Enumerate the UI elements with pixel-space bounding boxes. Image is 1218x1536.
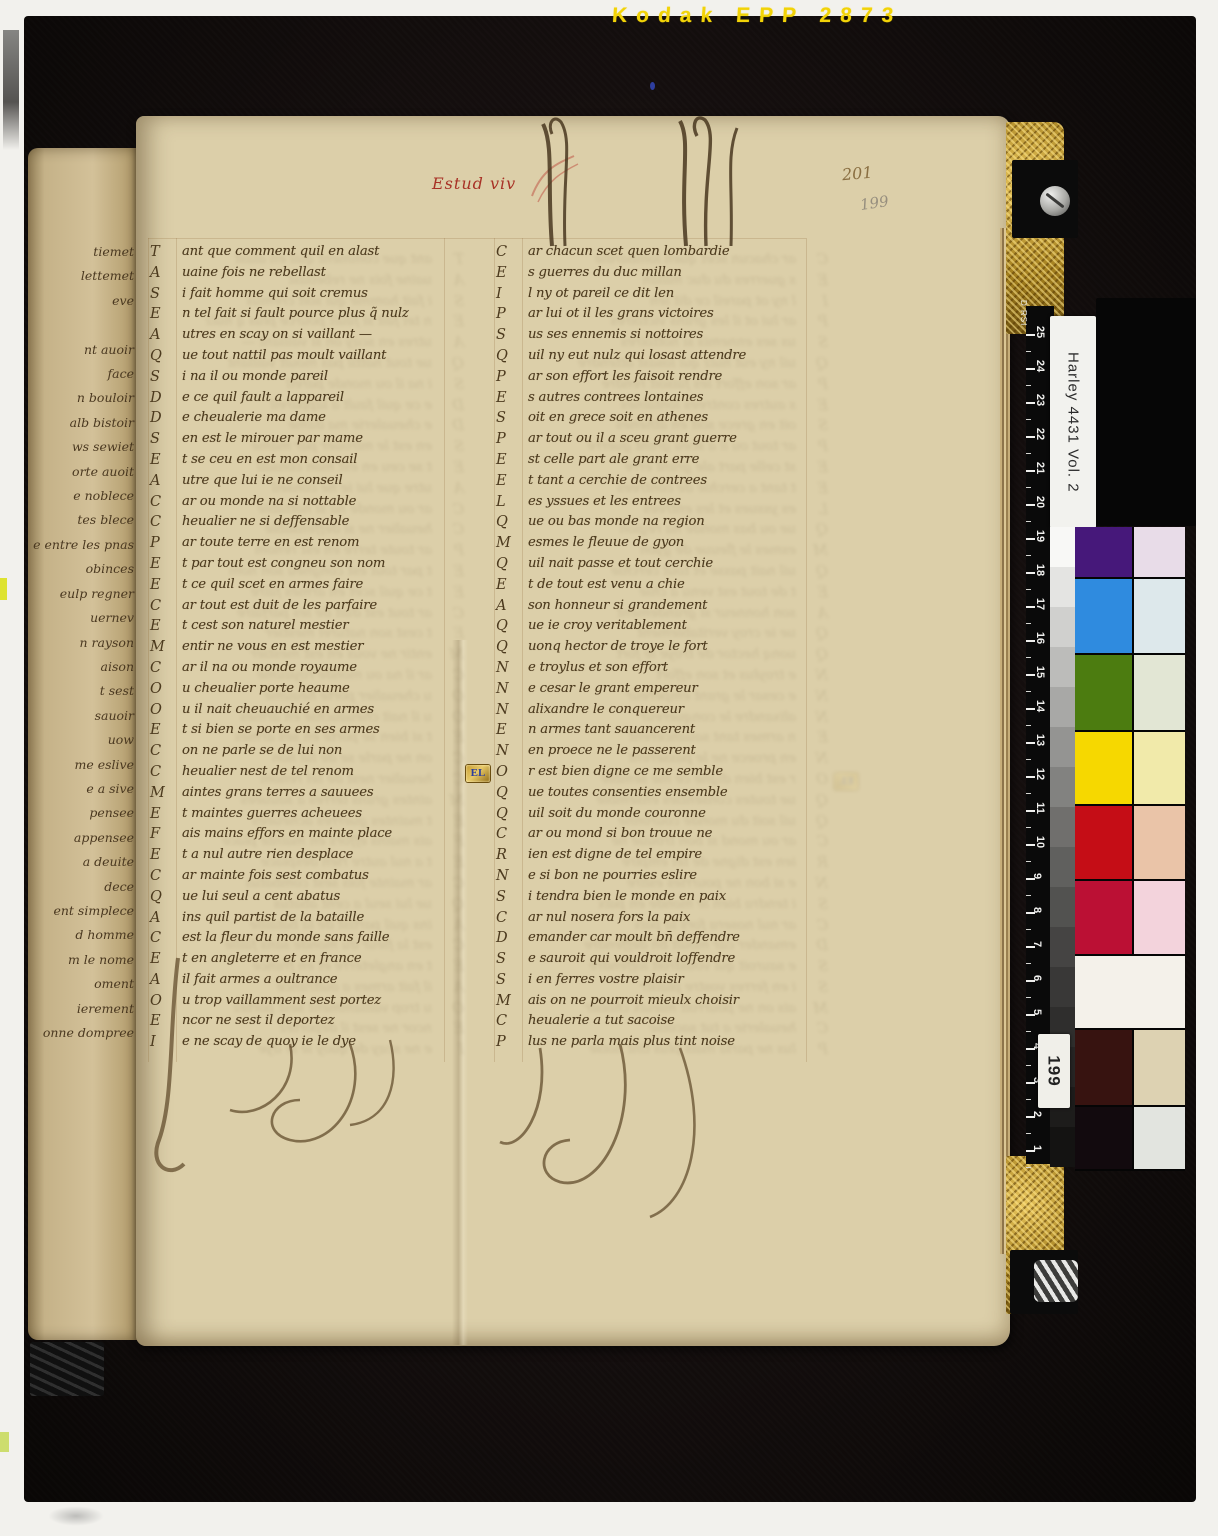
verse-line: Et tant a cerchie de contrees: [496, 473, 812, 494]
verse-initial: Q: [496, 806, 528, 827]
verse-text: us ses ennemis si nottoires: [528, 327, 703, 348]
verse-line: Car ou monde na si nottable: [150, 494, 448, 515]
verse-initial: N: [496, 660, 528, 681]
verse-line: Par tout ou il a sceu grant guerre: [496, 431, 812, 452]
verse-initial: S: [496, 889, 528, 910]
fragment-line: e noblece: [28, 484, 134, 508]
verse-text: t tant a cerchie de contrees: [528, 473, 707, 494]
color-patch-red: [1075, 806, 1132, 879]
verse-initial: E: [496, 452, 528, 473]
verse-line: Par son effort les faisoit rendre: [496, 369, 812, 390]
verse-initial: S: [150, 369, 182, 390]
fragment-line: tes blece: [28, 508, 134, 532]
clip-screw: [1040, 186, 1070, 216]
verse-initial: Q: [150, 889, 182, 910]
verse-line: Es guerres du duc millan: [496, 265, 812, 286]
verse-initial: C: [150, 660, 182, 681]
verse-line: Car tout est duit de les parfaire: [150, 598, 448, 619]
verse-line: Sen est le mirouer par mame: [150, 431, 448, 452]
verse-initial: O: [496, 764, 528, 785]
gray-step: [1050, 687, 1075, 727]
ruling-line: [148, 238, 149, 1062]
verse-text: uonq hector de troye le fort: [528, 639, 707, 660]
verse-line: Quonq hector de troye le fort: [496, 639, 812, 660]
verse-text: esmes le fleuue de gyon: [528, 535, 684, 556]
fragment-line: oment: [28, 972, 134, 996]
fragment-line: ws sewiet: [28, 435, 134, 459]
fragment-line: t sest: [28, 679, 134, 703]
gray-step: [1050, 727, 1075, 767]
ruler-number: 7: [1031, 941, 1043, 947]
verse-text: e cheualerie ma dame: [182, 410, 326, 431]
verse-text: ue lui seul a cent abatus: [182, 889, 340, 910]
verse-text: e troylus et son effort: [528, 660, 668, 681]
verse-line: Sus ses ennemis si nottoires: [496, 327, 812, 348]
color-patch-green: [1075, 655, 1132, 730]
verse-text: e sauroit qui vouldroit loffendre: [528, 951, 735, 972]
verse-line: Si fait homme qui soit cremus: [150, 286, 448, 307]
verse-line: Or est bien digne ce me sembleEL: [496, 764, 812, 785]
color-calibration-bar: [1075, 527, 1185, 1171]
verse-line: Si na il ou monde pareil: [150, 369, 448, 390]
fragment-line: uernev: [28, 606, 134, 630]
border-smudge: [48, 1506, 104, 1526]
verse-line: Car ou mond si bon trouue ne: [496, 826, 812, 847]
verse-line: Et se ceu en est mon consail: [150, 452, 448, 473]
verse-text: e cesar le grant empereur: [528, 681, 698, 702]
verse-initial: N: [496, 743, 528, 764]
verse-initial: E: [496, 390, 528, 411]
verse-text: ue tout nattil pas moult vaillant: [182, 348, 386, 369]
verse-line: Et de tout est venu a chie: [496, 577, 812, 598]
gray-step: [1050, 607, 1075, 647]
black-flag: [1096, 298, 1196, 526]
folio-number-ink: 201: [841, 163, 873, 185]
verse-line: Soit en grece soit en athenes: [496, 410, 812, 431]
folio-tab-label: 199: [1038, 1034, 1070, 1108]
verse-initial: E: [150, 306, 182, 327]
gray-step: [1050, 527, 1075, 567]
gray-step: [1050, 807, 1075, 847]
ruler-number: 25: [1034, 326, 1046, 338]
penwork-flourish-left: [138, 948, 468, 1193]
verse-initial: R: [496, 847, 528, 868]
color-patch-white: [1075, 956, 1185, 1028]
verse-initial: I: [496, 286, 528, 307]
verse-initial: S: [150, 286, 182, 307]
verse-line: Par lui ot il les grans victoires: [496, 306, 812, 327]
ruler-number: 1: [1031, 1145, 1043, 1151]
verse-initial: Q: [496, 514, 528, 535]
verse-line: Car mainte fois sest combatus: [150, 868, 448, 889]
verse-initial: N: [496, 702, 528, 723]
patch-row-brown: [1075, 1030, 1185, 1105]
verse-text: t par tout est congneu son nom: [182, 556, 385, 577]
verse-initial: P: [150, 535, 182, 556]
verse-text: e si bon ne pourries eslire: [528, 868, 697, 889]
gray-step: [1050, 767, 1075, 807]
verse-line: Fais mains effors en mainte place: [150, 826, 448, 847]
book-clip-bottom-left: [30, 1342, 104, 1396]
verse-text: u il nait cheuauchié en armes: [182, 702, 374, 723]
verse-text: s autres contrees lontaines: [528, 390, 703, 411]
verse-initial: S: [496, 327, 528, 348]
verse-initial: Q: [496, 639, 528, 660]
text-column-right: Car chacun scet quen lombardieEs guerres…: [496, 244, 812, 1055]
fragment-line: appensee: [28, 826, 134, 850]
verse-text: oit en grece soit en athenes: [528, 410, 708, 431]
verse-text: ins quil partist de la bataille: [182, 910, 364, 931]
verse-text: ar chacun scet quen lombardie: [528, 244, 729, 265]
verse-line: De cheualerie ma dame: [150, 410, 448, 431]
verse-initial: N: [496, 681, 528, 702]
fragment-line: lettemet: [28, 264, 134, 288]
fragment-line: n bouloir: [28, 386, 134, 410]
fragment-line: dece: [28, 875, 134, 899]
verse-text: entir ne vous en est mestier: [182, 639, 363, 660]
color-patch-brown-pale: [1134, 1030, 1185, 1105]
verse-initial: E: [150, 722, 182, 743]
verse-initial: E: [496, 473, 528, 494]
verse-line: Que tout nattil pas moult vaillant: [150, 348, 448, 369]
verse-line: Si en ferres vostre plaisir: [496, 972, 812, 993]
ruler-number: 8: [1031, 907, 1043, 913]
color-patch-yellow-pale: [1134, 732, 1185, 804]
verse-initial: E: [150, 577, 182, 598]
verse-text: e ce quil fault a lappareil: [182, 390, 344, 411]
verse-initial: F: [150, 826, 182, 847]
fragment-line: ent simplece: [28, 899, 134, 923]
verse-line: Mesmes le fleuue de gyon: [496, 535, 812, 556]
fragment-line: onne dompree: [28, 1021, 134, 1045]
verse-initial: N: [496, 868, 528, 889]
color-patch-crimson-pale: [1134, 881, 1185, 954]
verse-line: En armes tant sauancerent: [496, 722, 812, 743]
verse-text: alixandre le conquereur: [528, 702, 684, 723]
ruler-number: 2: [1031, 1111, 1043, 1117]
edge-mark: [3, 30, 19, 150]
verse-text: ar lui ot il les grans victoires: [528, 306, 714, 327]
verse-text: ue toutes consenties ensemble: [528, 785, 728, 806]
verse-text: ar toute terre en est renom: [182, 535, 359, 556]
verse-line: Et ce quil scet en armes faire: [150, 577, 448, 598]
verse-initial: E: [150, 556, 182, 577]
fragment-line: alb bistoir: [28, 411, 134, 435]
verse-text: ar mainte fois sest combatus: [182, 868, 369, 889]
verse-line: Tant que comment quil en alast: [150, 244, 448, 265]
ruler-minor-tick: [1026, 1167, 1031, 1168]
verse-initial: E: [150, 452, 182, 473]
book-block-edges: [1000, 228, 1010, 1254]
ruler-number: 6: [1031, 975, 1043, 981]
patch-row-crimson: [1075, 881, 1185, 954]
verse-line: Ains quil partist de la bataille: [150, 910, 448, 931]
cadel-ascenders: [490, 116, 790, 248]
verse-text: ue ou bas monde na region: [528, 514, 705, 535]
verse-text: r est bien digne ce me semble: [528, 764, 723, 785]
verse-line: Que ie croy veritablement: [496, 618, 812, 639]
verse-initial: C: [496, 826, 528, 847]
color-patch-green-pale: [1134, 655, 1185, 730]
gray-step: [1050, 567, 1075, 607]
manuscript-photograph: Kodak EPP 2873 tiemetlettemeteve nt auoi…: [0, 0, 1218, 1536]
fragment-line: face: [28, 362, 134, 386]
verse-initial: Q: [150, 348, 182, 369]
shelfmark-label: Harley 4431 Vol. 2: [1050, 316, 1096, 528]
verse-text: es yssues et les entrees: [528, 494, 681, 515]
color-patch-blue: [1075, 579, 1132, 653]
gray-step: [1050, 847, 1075, 887]
verse-text: ant que comment quil en alast: [182, 244, 379, 265]
verse-text: heualier nest de tel renom: [182, 764, 354, 785]
ruler-number: 5: [1031, 1009, 1043, 1015]
verse-line: Par toute terre en est renom: [150, 535, 448, 556]
verse-line: Autres en scay on si vaillant —: [150, 327, 448, 348]
gray-step: [1050, 887, 1075, 927]
verse-initial: S: [150, 431, 182, 452]
verse-line: Ou cheualier porte heaume: [150, 681, 448, 702]
verse-line: Cheualier ne si deffensable: [150, 514, 448, 535]
verse-text: t maintes guerres acheuees: [182, 806, 362, 827]
verse-line: Ou il nait cheuauchié en armes: [150, 702, 448, 723]
verse-line: Maintes grans terres a sauuees: [150, 785, 448, 806]
verse-initial: L: [496, 494, 528, 515]
verse-text: t a nul autre rien desplace: [182, 847, 353, 868]
shelfmark-text: Harley 4431 Vol. 2: [1065, 352, 1082, 493]
verse-text: ar tout est duit de les parfaire: [182, 598, 377, 619]
verse-initial: C: [496, 244, 528, 265]
fragment-line: ierement: [28, 997, 134, 1021]
color-patch-black: [1075, 1107, 1132, 1169]
color-patch-black-pale: [1134, 1107, 1185, 1169]
verse-initial: O: [150, 681, 182, 702]
verse-line: Si tendra bien le monde en paix: [496, 889, 812, 910]
ruler-number: 9: [1031, 873, 1043, 879]
fragment-line: e a sive: [28, 777, 134, 801]
verse-line: Autre que lui ie ne conseil: [150, 473, 448, 494]
verse-text: i en ferres vostre plaisir: [528, 972, 684, 993]
color-patch-blue-pale: [1134, 579, 1185, 653]
verse-initial: M: [496, 535, 528, 556]
verse-line: Mais on ne pourroit mieulx choisir: [496, 993, 812, 1014]
verse-line: Quil soit du monde couronne: [496, 806, 812, 827]
verse-line: Et a nul autre rien desplace: [150, 847, 448, 868]
folio-tab-text: 199: [1044, 1055, 1064, 1086]
ruler-number: 18: [1034, 564, 1046, 576]
color-patch-red-pale: [1134, 806, 1185, 879]
verse-line: Demander car moult bn̄ deffendre: [496, 930, 812, 951]
verse-initial: E: [150, 618, 182, 639]
color-patch-purple-pale: [1134, 527, 1185, 577]
ruler-number: 13: [1034, 734, 1046, 746]
edge-speck-green: [0, 1432, 9, 1452]
verse-line: Auaine fois ne rebellast: [150, 265, 448, 286]
patch-row-yellow: [1075, 732, 1185, 804]
fragment-line: me eslive: [28, 753, 134, 777]
verse-initial: E: [496, 577, 528, 598]
verse-line: Mentir ne vous en est mestier: [150, 639, 448, 660]
illuminated-initial: EL: [466, 765, 490, 782]
verse-text: uil nait passe et tout cerchie: [528, 556, 713, 577]
ruler-number: 10: [1034, 836, 1046, 848]
verse-line: Que ou bas monde na region: [496, 514, 812, 535]
verse-initial: D: [150, 390, 182, 411]
fragment-line: aison: [28, 655, 134, 679]
verse-line: Quil nait passe et tout cerchie: [496, 556, 812, 577]
fragment-line: eve: [28, 289, 134, 313]
film-stock-label: Kodak EPP 2873: [611, 4, 933, 28]
patch-row-blue: [1075, 579, 1185, 653]
patch-row-red: [1075, 806, 1185, 879]
verse-initial: C: [150, 868, 182, 889]
verse-text: ien est digne de tel empire: [528, 847, 702, 868]
verse-text: ar ou mond si bon trouue ne: [528, 826, 712, 847]
ruler-number: 21: [1034, 462, 1046, 474]
gray-step: [1050, 647, 1075, 687]
verse-initial: D: [150, 410, 182, 431]
verse-text: uaine fois ne rebellast: [182, 265, 326, 286]
verse-line: Ne troylus et son effort: [496, 660, 812, 681]
color-patch-crimson: [1075, 881, 1132, 954]
verse-initial: E: [496, 265, 528, 286]
fragment-line: nt auoir: [28, 338, 134, 362]
fragment-line: sauoir: [28, 704, 134, 728]
penwork-flourish-right: [478, 1030, 778, 1250]
verse-line: En tel fait si fault pource plus q̃ nulz: [150, 306, 448, 327]
verse-line: Et cest son naturel mestier: [150, 618, 448, 639]
verse-initial: Q: [496, 348, 528, 369]
verse-initial: O: [150, 702, 182, 723]
verse-initial: M: [496, 993, 528, 1014]
verse-text: l ny ot pareil ce dit len: [528, 286, 674, 307]
ruler-number: 20: [1034, 496, 1046, 508]
ruler-number: 17: [1034, 598, 1046, 610]
verse-line: Cheualier nest de tel renom: [150, 764, 448, 785]
verse-initial: C: [150, 494, 182, 515]
verse-initial: S: [496, 972, 528, 993]
verse-text: t ce quil scet en armes faire: [182, 577, 363, 598]
verse-line: Con ne parle se de lui non: [150, 743, 448, 764]
verse-text: ar tout ou il a sceu grant guerre: [528, 431, 737, 452]
verse-initial: D: [496, 930, 528, 951]
verse-line: Car chacun scet quen lombardie: [496, 244, 812, 265]
verse-line: Ason honneur si grandement: [496, 598, 812, 619]
fragment-line: obinces: [28, 557, 134, 581]
verse-text: ais mains effors en mainte place: [182, 826, 392, 847]
verse-initial: M: [150, 639, 182, 660]
verse-text: t cest son naturel mestier: [182, 618, 349, 639]
verse-line: Ne si bon ne pourries eslire: [496, 868, 812, 889]
verse-text: utre que lui ie ne conseil: [182, 473, 342, 494]
clip-roller: [1034, 1260, 1078, 1302]
fragment-line: orte auoit: [28, 460, 134, 484]
ruler-brand-label: D RSI: [1019, 300, 1028, 326]
verse-text: on ne parle se de lui non: [182, 743, 342, 764]
verse-text: ar son effort les faisoit rendre: [528, 369, 722, 390]
verse-initial: T: [150, 244, 182, 265]
fragment-line: pensee: [28, 801, 134, 825]
verse-line: Les yssues et les entrees: [496, 494, 812, 515]
facing-page-text-fragments: tiemetlettemeteve nt auoirfacen bouloira…: [28, 240, 138, 1350]
ruler-number: 12: [1034, 768, 1046, 780]
verse-initial: Q: [496, 556, 528, 577]
verse-text: ue ie croy veritablement: [528, 618, 687, 639]
verse-text: son honneur si grandement: [528, 598, 707, 619]
verse-text: n tel fait si fault pource plus q̃ nulz: [182, 306, 409, 327]
verse-initial: A: [150, 910, 182, 931]
ruler-number: 14: [1034, 700, 1046, 712]
verse-initial: S: [496, 410, 528, 431]
verse-initial: S: [496, 951, 528, 972]
verse-text: heualier ne si deffensable: [182, 514, 349, 535]
verse-initial: C: [150, 743, 182, 764]
verse-line: Et maintes guerres acheuees: [150, 806, 448, 827]
fragment-line: m le nome: [28, 948, 134, 972]
verse-initial: A: [150, 327, 182, 348]
ruler-number: 24: [1034, 360, 1046, 372]
fragment-line: d homme: [28, 923, 134, 947]
color-patch-brown: [1075, 1030, 1132, 1105]
verse-line: Se sauroit qui vouldroit loffendre: [496, 951, 812, 972]
verse-initial: Q: [496, 785, 528, 806]
ruler-number: 11: [1034, 802, 1046, 814]
verse-initial: P: [496, 369, 528, 390]
ruler-number: 15: [1034, 666, 1046, 678]
verse-text: u cheualier porte heaume: [182, 681, 350, 702]
gray-step: [1050, 927, 1075, 967]
verse-initial: C: [150, 598, 182, 619]
verse-text: ais on ne pourroit mieulx choisir: [528, 993, 739, 1014]
fragment-line: uow: [28, 728, 134, 752]
fragment-line: [28, 313, 134, 337]
verse-line: Ne cesar le grant empereur: [496, 681, 812, 702]
verse-line: De ce quil fault a lappareil: [150, 390, 448, 411]
verse-text: ar ou monde na si nottable: [182, 494, 356, 515]
verse-initial: C: [496, 910, 528, 931]
verse-text: s guerres du duc millan: [528, 265, 682, 286]
fragment-line: a deuite: [28, 850, 134, 874]
verse-initial: P: [496, 431, 528, 452]
color-patch-purple: [1075, 527, 1132, 577]
verse-initial: E: [150, 806, 182, 827]
verse-line: Et par tout est congneu son nom: [150, 556, 448, 577]
ruler-number: 16: [1034, 632, 1046, 644]
verse-line: Est celle part ale grant erre: [496, 452, 812, 473]
verse-line: Il ny ot pareil ce dit len: [496, 286, 812, 307]
verse-text: aintes grans terres a sauuees: [182, 785, 373, 806]
verse-text: uil soit du monde couronne: [528, 806, 706, 827]
patch-row-green: [1075, 655, 1185, 730]
verse-line: Es autres contrees lontaines: [496, 390, 812, 411]
verse-initial: E: [150, 847, 182, 868]
verse-line: Car il na ou monde royaume: [150, 660, 448, 681]
verse-initial: M: [150, 785, 182, 806]
ruler-number: 23: [1034, 394, 1046, 406]
verse-initial: C: [150, 764, 182, 785]
verse-initial: E: [496, 722, 528, 743]
fragment-line: e entre les pnas: [28, 533, 134, 557]
verse-initial: A: [150, 473, 182, 494]
patch-row-white: [1075, 956, 1185, 1028]
ink-speck: [650, 82, 655, 90]
verse-text: i fait homme qui soit cremus: [182, 286, 368, 307]
verse-text: st celle part ale grant erre: [528, 452, 699, 473]
verse-line: Rien est digne de tel empire: [496, 847, 812, 868]
verse-line: Quil ny eut nulz qui losast attendre: [496, 348, 812, 369]
verse-line: Que lui seul a cent abatus: [150, 889, 448, 910]
verse-line: Et si bien se porte en ses armes: [150, 722, 448, 743]
verse-initial: C: [150, 514, 182, 535]
